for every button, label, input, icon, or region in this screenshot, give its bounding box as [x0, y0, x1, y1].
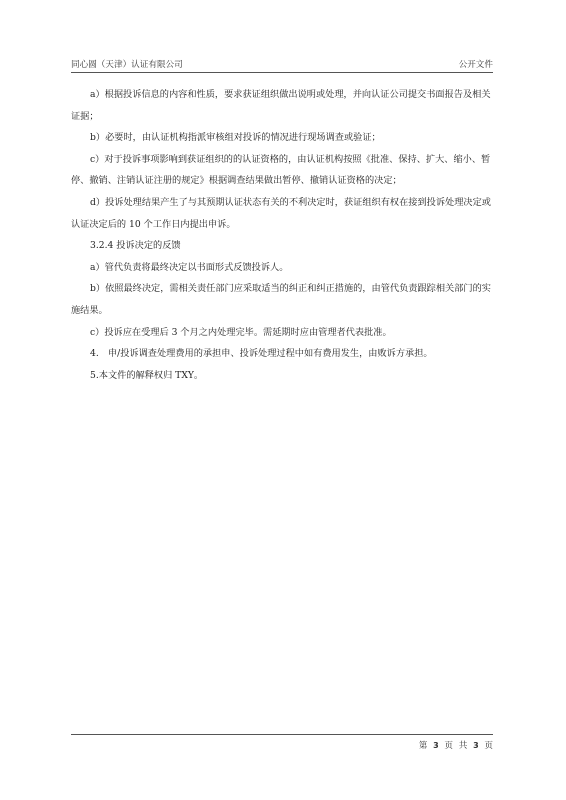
paragraph: 5.本文件的解释权归 TXY。 [71, 365, 493, 387]
paragraph: b）必要时，由认证机构指派审核组对投诉的情况进行现场调查或验证； [71, 127, 493, 149]
header-divider [71, 72, 493, 73]
paragraph: b）依照最终决定，需相关责任部门应采取适当的纠正和纠正措施的，由管代负责跟踪相关… [71, 278, 493, 321]
paragraph: d）投诉处理结果产生了与其预期认证状态有关的不利决定时，获证组织有权在接到投诉处… [71, 192, 493, 235]
page-header: 同心圆（天津）认证有限公司 公开文件 [71, 58, 493, 72]
company-name: 同心圆（天津）认证有限公司 [71, 58, 183, 70]
document-page: 同心圆（天津）认证有限公司 公开文件 a）根据投诉信息的内容和性质，要求获证组织… [0, 0, 566, 800]
page-suffix: 页 [484, 741, 493, 751]
paragraph: c）对于投诉事项影响到获证组织的的认证资格的，由认证机构按照《批准、保持、扩大、… [71, 149, 493, 192]
footer-divider [71, 734, 493, 735]
document-body: a）根据投诉信息的内容和性质，要求获证组织做出说明或处理，并向认证公司提交书面报… [71, 84, 493, 386]
current-page: 3 [433, 741, 439, 750]
paragraph: a）根据投诉信息的内容和性质，要求获证组织做出说明或处理，并向认证公司提交书面报… [71, 84, 493, 127]
section-heading: 3.2.4 投诉决定的反馈 [71, 235, 493, 257]
paragraph: a）管代负责将最终决定以书面形式反馈投诉人。 [71, 257, 493, 279]
page-prefix: 第 [419, 741, 428, 751]
total-pages: 3 [473, 741, 479, 750]
paragraph: 4. 申/投诉调查处理费用的承担申、投诉处理过程中如有费用发生，由败诉方承担。 [71, 343, 493, 365]
paragraph: c）投诉应在受理后 3 个月之内处理完毕。需延期时应由管理者代表批准。 [71, 322, 493, 344]
page-middle: 页 共 [444, 741, 467, 751]
page-number: 第 3 页 共 3 页 [419, 739, 493, 751]
document-classification: 公开文件 [459, 58, 493, 70]
